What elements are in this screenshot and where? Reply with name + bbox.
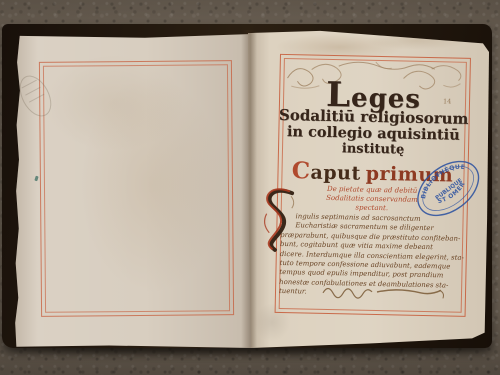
ink-mark — [34, 176, 38, 182]
end-flourish — [321, 283, 447, 304]
gutter-shadow — [241, 30, 257, 348]
manuscript-photo: Leges 14 Sodalitiū religiosorum in colle… — [0, 0, 500, 375]
right-page-content: Leges 14 Sodalitiū religiosorum in colle… — [242, 27, 490, 352]
folio-number: 14 — [443, 97, 451, 105]
left-page-ruled-frame-inner — [43, 64, 230, 313]
chapter-word-rest: aput — [310, 162, 361, 185]
chapter-initial: C — [291, 157, 310, 184]
left-page — [14, 34, 252, 348]
left-page-ruled-frame — [39, 60, 234, 317]
right-page: Leges 14 Sodalitiū religiosorum in colle… — [248, 28, 489, 348]
